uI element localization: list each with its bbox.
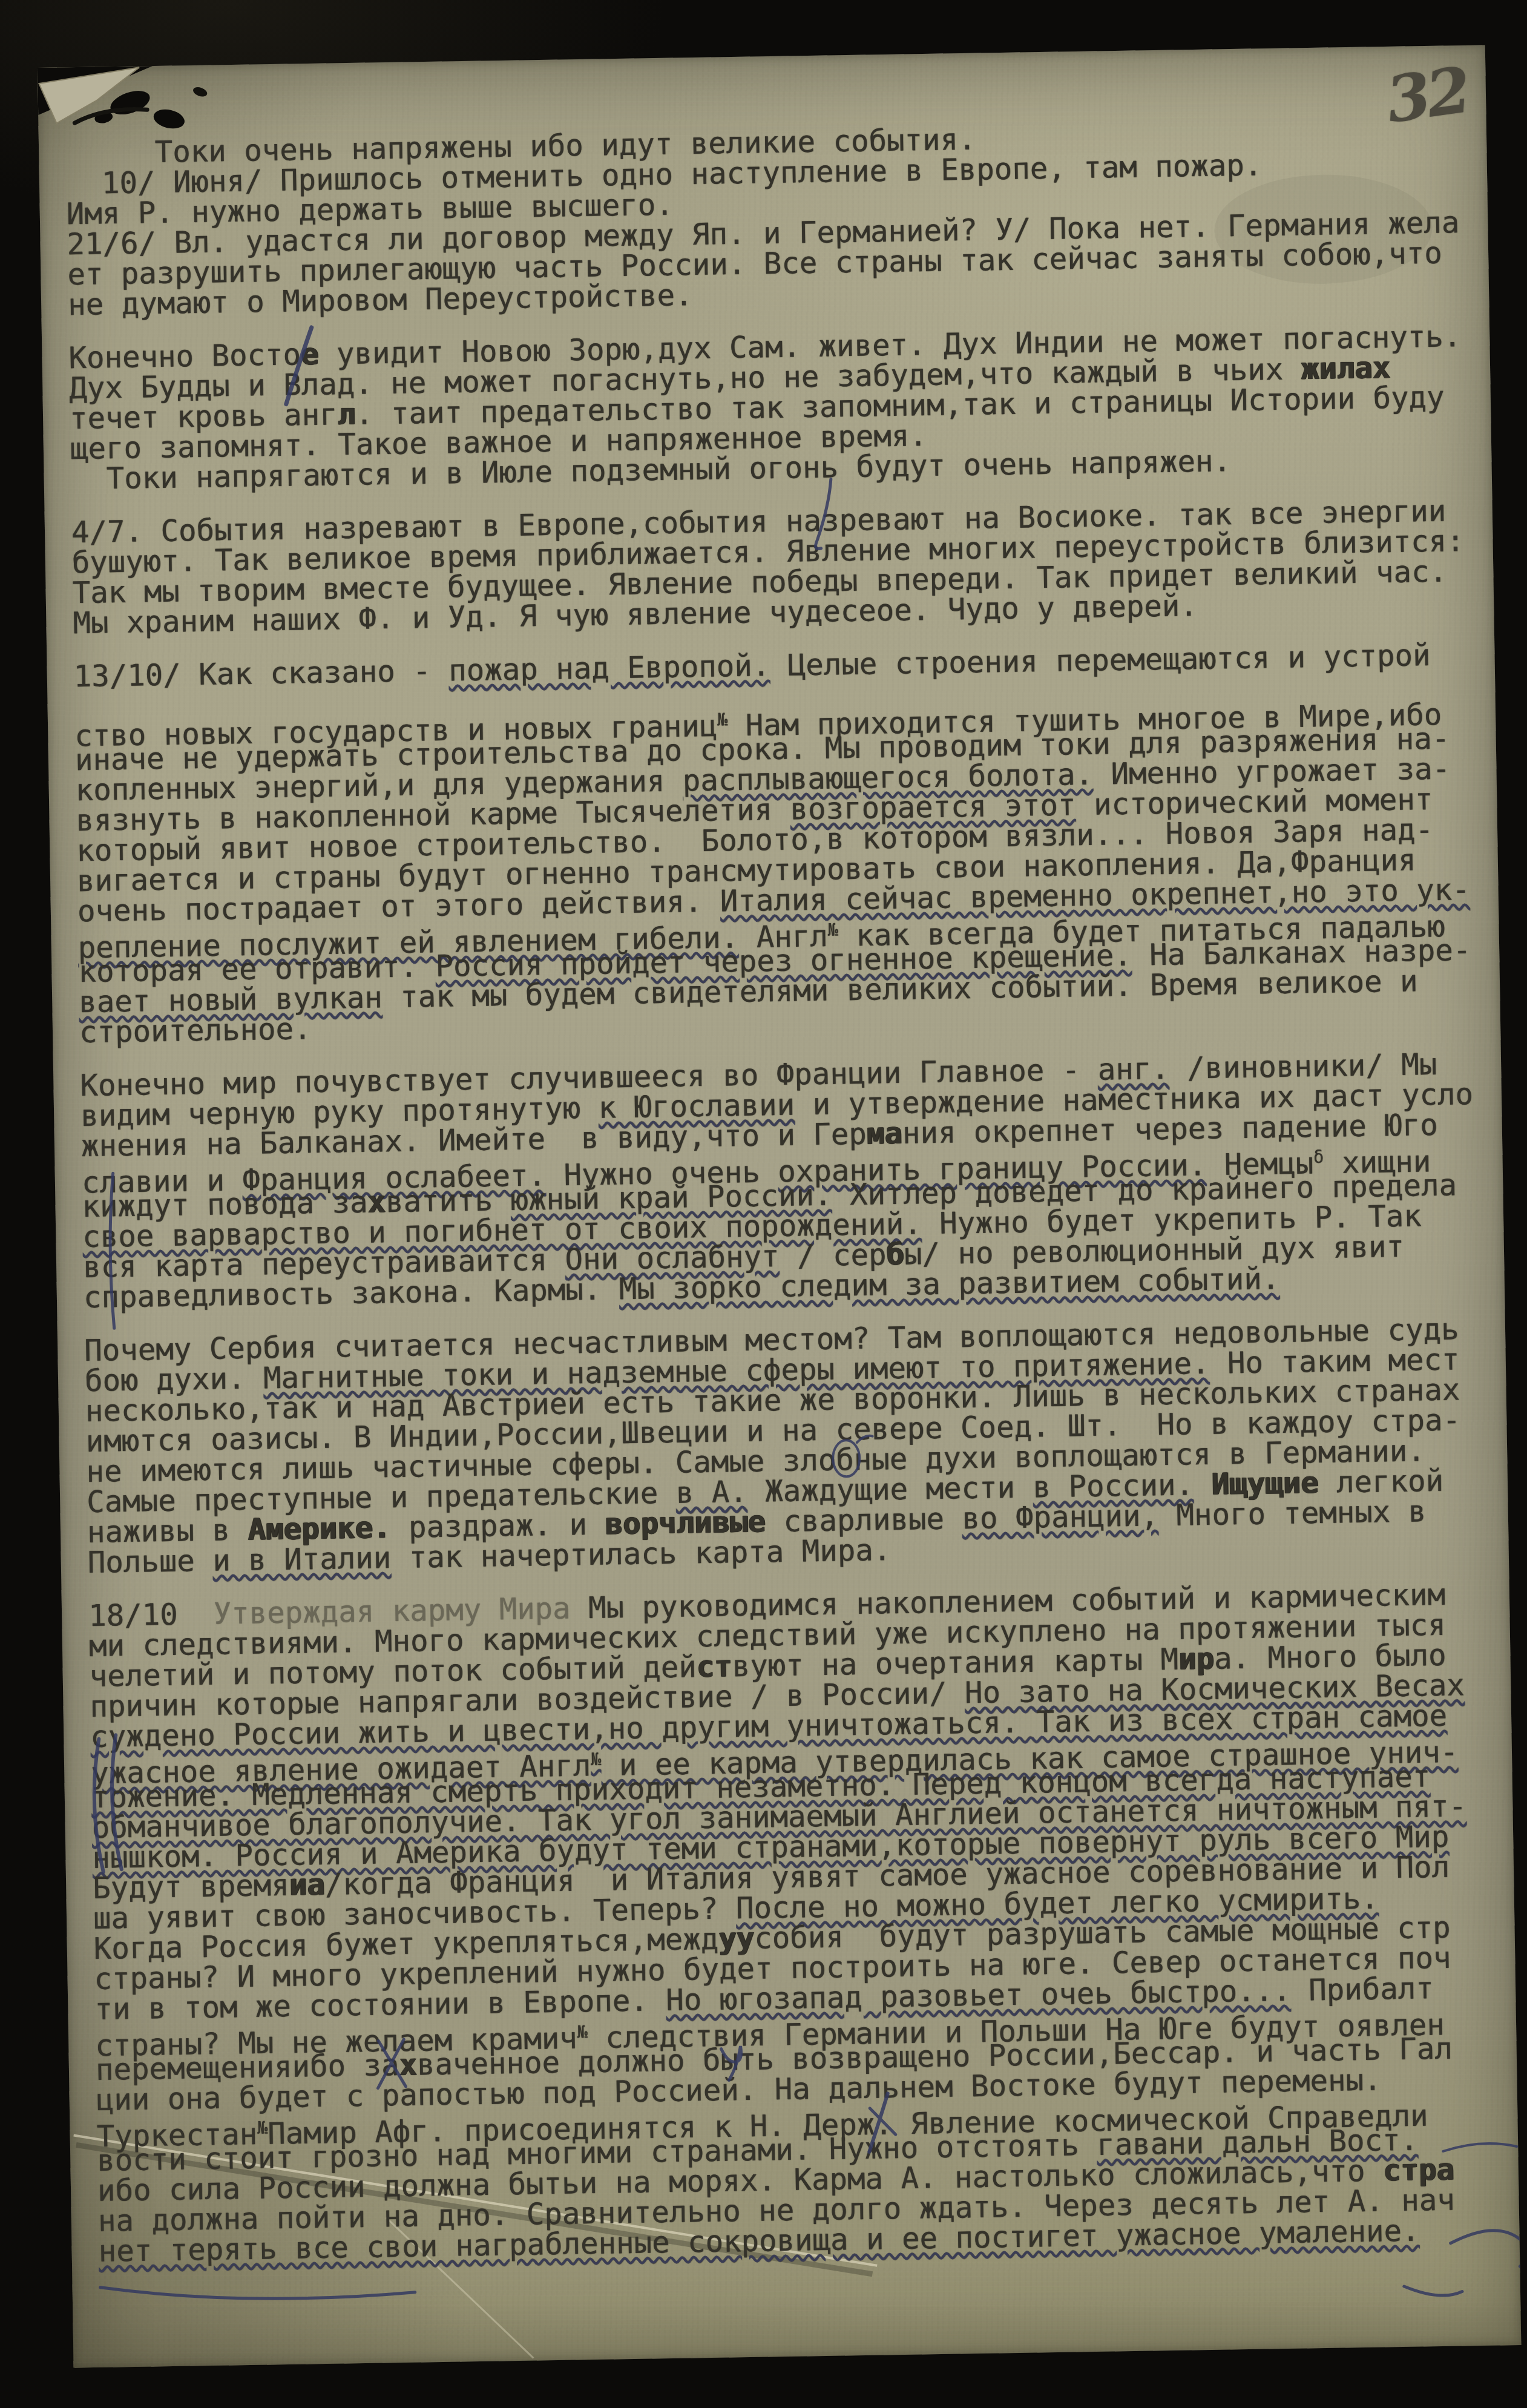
typewritten-text: Токи очень напряжены ибо идут великие со… <box>65 117 1516 2290</box>
text-segment: пожар над Европой. <box>448 648 770 688</box>
text-segment: № <box>591 1749 602 1769</box>
paragraph: Почему Сербия считается несчастливым мес… <box>84 1314 1504 1578</box>
paragraph: Конечно Востое увидит Новою Зорю,дух Сам… <box>68 321 1487 495</box>
text-segment: Прибалт <box>1290 1971 1434 2008</box>
text-segment: и в Италии <box>212 1541 392 1578</box>
paragraph: 13/10/ Как сказано - пожар над Европой. … <box>73 639 1489 692</box>
paper-hole <box>107 87 153 119</box>
paragraph: ство новых государств и новых границ№ На… <box>74 692 1496 1048</box>
text-segment: № <box>717 709 728 729</box>
paragraph: Токи очень напряжены ибо идут великие со… <box>65 117 1484 321</box>
text-segment: л <box>337 397 355 432</box>
text-segment <box>1194 1467 1212 1502</box>
paragraph: 4/7. События назревают в Европе,события … <box>71 495 1489 639</box>
text-segment: х <box>399 2048 417 2082</box>
ink-smear-top-left <box>74 109 147 123</box>
paper-hole <box>94 111 114 125</box>
text-segment: во Франции, <box>962 1498 1158 1536</box>
text-segment: б <box>886 1237 904 1272</box>
text-segment: № <box>577 2022 588 2042</box>
scanned-document-page: { "page_number": "32", "paper_color": "#… <box>0 0 1527 2408</box>
paper-hole <box>152 107 186 131</box>
text-segment: δ <box>1313 1147 1324 1167</box>
text-segment: строительное. <box>79 1012 312 1050</box>
paper-hole <box>192 85 208 98</box>
paper-sheet: Токи очень напряжены ибо идут великие со… <box>38 45 1521 2367</box>
text-segment: так начертилась карта Мира. <box>391 1533 892 1575</box>
text-segment: № <box>257 2117 268 2137</box>
text-segment: е <box>301 337 319 372</box>
folded-corner-sliver <box>39 67 140 123</box>
text-segment: № <box>827 919 838 939</box>
text-segment: Польше <box>87 1544 212 1580</box>
text-segment: Целые строения перемещаются и устрой <box>770 638 1431 683</box>
torn-corner-gap <box>38 66 153 115</box>
typewritten-line: 13/10/ Как сказано - пожар над Европой. … <box>73 639 1489 692</box>
text-segment: ма <box>866 1116 902 1151</box>
text-segment: х <box>367 1185 386 1219</box>
text-segment: Утверждая карму Мира <box>213 1591 571 1631</box>
paragraph: Конечно мир почувствует случившееся во Ф… <box>80 1048 1500 1313</box>
final-underline-tail-icon <box>1404 2285 1462 2296</box>
text-segment: 13/10/ Как сказано - <box>73 653 448 694</box>
paragraph: 18/10 Утверждая карму Мира Мы руководимс… <box>88 1579 1515 2267</box>
text-segment: Много темных в <box>1158 1494 1426 1533</box>
